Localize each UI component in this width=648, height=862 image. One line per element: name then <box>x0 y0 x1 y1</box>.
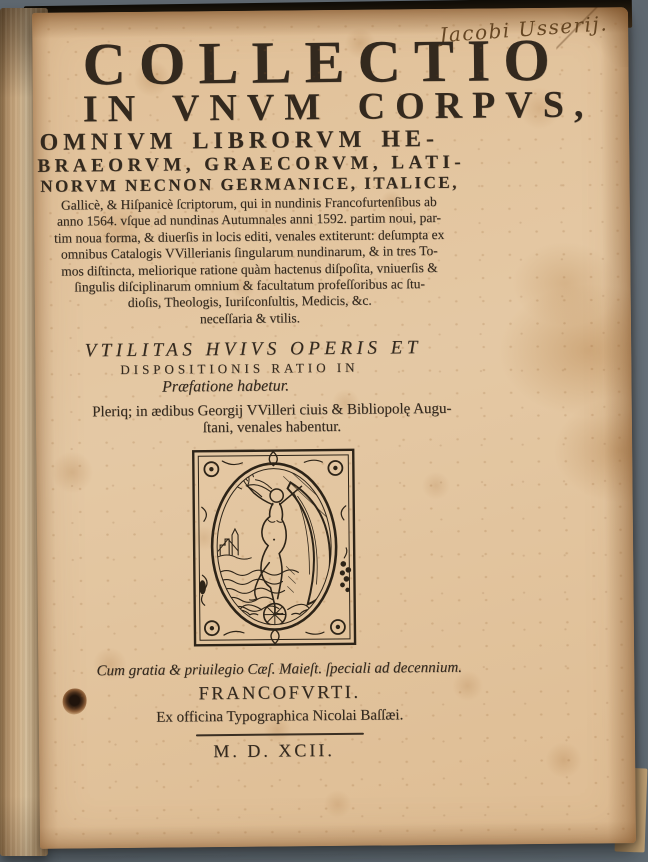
photo-backdrop: Jacobi Usserij. COLLECTIO IN VNVM CORPVS… <box>0 0 648 862</box>
privilege-line: Cum gratia & priuilegio Cæſ. Maieſt. ſpe… <box>67 660 491 680</box>
imprint-rule <box>196 733 364 737</box>
utilitas-heading: VTILITAS HVIVS OPERIS ET <box>41 338 465 362</box>
printer-device-area <box>61 445 487 651</box>
imprint-date: M. D. XCII. <box>62 740 486 763</box>
title-line-2: IN VNVM CORPVS, <box>83 86 507 128</box>
title-line-1: COLLECTIO <box>82 34 506 90</box>
bookseller-notice: Pleriq; in ædibus Georgij VVilleri ciuis… <box>60 401 484 438</box>
page-content: COLLECTIO IN VNVM CORPVS, OMNIVM LIBRORV… <box>40 9 471 763</box>
title-line-5: NORVM NECNON GERMANICE, ITALICE, <box>38 173 462 196</box>
subtitle-paragraph: Gallicè, & Hiſpanicè ſcriptorum, qui in … <box>37 194 462 329</box>
imprint-printer: Ex officina Typographica Nicolai Baſſæi. <box>68 707 492 728</box>
imprint-place: FRANCOFVRTI. <box>67 683 491 706</box>
title-page: Jacobi Usserij. COLLECTIO IN VNVM CORPVS… <box>32 7 636 849</box>
dispositionis-heading: DISPOSITIONIS RATIO IN <box>32 360 451 378</box>
subtitle-line: neceſſaria & vtilis. <box>38 309 462 329</box>
praefatione-line: Præfatione habetur. <box>32 376 438 398</box>
fortuna-woodcut-device <box>189 446 359 650</box>
